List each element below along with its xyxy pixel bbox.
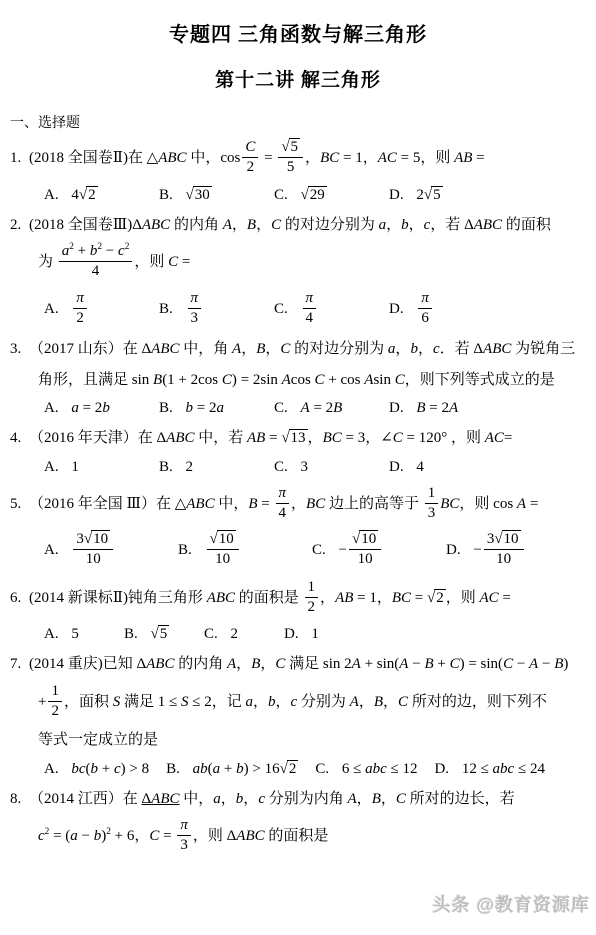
- math-var: B: [256, 341, 265, 357]
- text-run: 1: [51, 683, 59, 699]
- math-var: AB: [335, 590, 353, 606]
- radicand: 13: [289, 429, 308, 446]
- text-run: sin: [373, 372, 394, 388]
- text-run: (2014 新课标Ⅱ)钝角三角形: [29, 590, 207, 606]
- text-run: ，: [253, 694, 268, 710]
- option-label: B.: [166, 761, 184, 777]
- math-var: B: [248, 496, 257, 512]
- text-run: ，: [291, 496, 306, 512]
- text-run: 5: [291, 139, 299, 155]
- option-label: A.: [44, 761, 62, 777]
- numerator: 3√10: [484, 531, 524, 550]
- math-var: abc: [493, 761, 515, 777]
- text-run: cos: [291, 372, 315, 388]
- numerator: π: [276, 485, 290, 504]
- math-var: ABC: [474, 217, 502, 233]
- math-var: B: [153, 372, 162, 388]
- math-var: ABC: [236, 828, 264, 844]
- math-var: C: [245, 139, 255, 155]
- math-var: ABC: [142, 217, 170, 233]
- question-line: 3. （2017 山东）在 ΔABC 中，角 A，B，C 的对边分别为 a，b，…: [8, 338, 588, 361]
- text-run: 中，: [215, 496, 249, 512]
- text-run: 所对的边长，若: [406, 791, 515, 807]
- option: C. 2: [204, 626, 284, 643]
- text-run: 2: [436, 590, 444, 606]
- option-label: B.: [159, 459, 177, 475]
- question-line: 7. (2014 重庆)已知 ΔABC 的内角 A，B，C 满足 sin 2A …: [8, 653, 588, 676]
- sqrt: √30: [186, 186, 212, 203]
- text-run: ，: [243, 791, 258, 807]
- text-run: ) > 8: [121, 761, 149, 777]
- text-run: ，: [241, 341, 256, 357]
- denominator: 3: [177, 836, 191, 854]
- text-run: =: [260, 150, 276, 166]
- math-var: c: [433, 341, 440, 357]
- fraction: √55: [278, 139, 303, 177]
- math-var: C: [271, 217, 281, 233]
- numerator: √5: [278, 139, 303, 158]
- math-var: b: [91, 761, 99, 777]
- question: 4. （2016 年天津）在 ΔABC 中，若 AB = √13，BC = 3，…: [8, 427, 588, 476]
- text-run: 中，角: [180, 341, 233, 357]
- radicand: 10: [359, 530, 378, 547]
- option: B. 2: [159, 459, 274, 476]
- question-number: 8.: [10, 791, 25, 807]
- math-var: AB: [247, 430, 265, 446]
- text-run: ，: [256, 217, 271, 233]
- text-run: 的面积: [502, 217, 551, 233]
- option-label: A.: [44, 626, 62, 642]
- math-var: C: [503, 656, 513, 672]
- text-run: 的内角: [174, 656, 227, 672]
- math-var: a: [70, 828, 78, 844]
- sqrt: √13: [281, 429, 307, 446]
- text-run: 3: [428, 505, 436, 521]
- radical-sign: √: [84, 531, 91, 547]
- text-run: =: [526, 496, 538, 512]
- denominator: 4: [276, 504, 290, 522]
- radicand: 30: [193, 186, 212, 203]
- text-run: = 1，: [353, 590, 391, 606]
- fraction: 13: [425, 485, 439, 523]
- sqrt: √10: [210, 530, 236, 547]
- math-var: A: [227, 656, 236, 672]
- text-run: 为: [38, 254, 57, 270]
- text-run: 6: [421, 310, 429, 326]
- option: A. π2: [44, 291, 159, 329]
- question: 5. （2016 年全国 Ⅲ）在 △ABC 中，B = π4，BC 边上的高等于…: [8, 486, 588, 570]
- text-run: = 2: [193, 400, 216, 416]
- sqrt: √5: [281, 138, 300, 155]
- text-run: 10: [215, 551, 230, 567]
- text-run: （2014 江西）在: [29, 791, 142, 807]
- text-run: +: [98, 761, 114, 777]
- math-var: A: [301, 400, 310, 416]
- option-label: C.: [274, 301, 292, 317]
- text-run: = 5，则: [397, 150, 454, 166]
- text-run: 为锐角三: [511, 341, 575, 357]
- text-run: 2: [51, 703, 59, 719]
- denominator: 10: [349, 550, 381, 568]
- option: D. −3√1010: [446, 532, 580, 570]
- math-var: b: [236, 761, 244, 777]
- text-run: ，: [386, 217, 401, 233]
- text-run: ) > 16: [244, 761, 280, 777]
- option-label: A.: [44, 301, 62, 317]
- sqrt: √2: [280, 760, 299, 777]
- text-run: 2: [76, 310, 84, 326]
- options-row: A. 5B. √5C. 2D. 1: [8, 626, 588, 643]
- math-var: C: [395, 372, 405, 388]
- text-run: 10: [86, 551, 101, 567]
- text-run: =: [411, 590, 427, 606]
- option-label: C.: [274, 187, 292, 203]
- text-run: Δ: [142, 791, 152, 807]
- math-var: B: [416, 400, 425, 416]
- denominator: 10: [484, 550, 524, 568]
- text-run: ，: [381, 791, 396, 807]
- text-run: ，面积: [64, 694, 113, 710]
- math-var: ABC: [146, 656, 174, 672]
- option: D. 4: [389, 459, 504, 476]
- radical-sign: √: [301, 187, 308, 203]
- math-var: BC: [320, 150, 339, 166]
- text-run: 角形，且满足 sin: [38, 372, 153, 388]
- text-run: 1: [71, 459, 79, 475]
- option-label: A.: [44, 459, 62, 475]
- math-var: C: [149, 828, 159, 844]
- text-run: −: [513, 656, 529, 672]
- option-label: D.: [434, 761, 452, 777]
- denominator: 5: [278, 158, 303, 176]
- denominator: 3: [188, 309, 202, 327]
- numerator: π: [418, 290, 432, 309]
- math-var: C: [396, 791, 406, 807]
- math-var: π: [306, 290, 314, 306]
- option: C. −√1010: [312, 532, 446, 570]
- question-line: 等式一定成立的是: [8, 729, 588, 752]
- text-run: ．若 Δ: [440, 341, 483, 357]
- text-run: =: [472, 150, 484, 166]
- text-run: 2: [231, 626, 239, 642]
- math-var: a: [213, 791, 221, 807]
- math-var: π: [421, 290, 429, 306]
- math-var: c: [258, 791, 265, 807]
- text-run: 的面积是: [265, 828, 329, 844]
- radicand: 10: [502, 530, 521, 547]
- radical-sign: √: [151, 626, 158, 642]
- superscript: 2: [125, 242, 130, 252]
- math-var: π: [279, 485, 287, 501]
- text-run: ，: [409, 217, 424, 233]
- option: A. bc(b + c) > 8: [44, 761, 149, 778]
- option-label: B.: [178, 542, 196, 558]
- numerator: π: [73, 290, 87, 309]
- text-run: ) = 2sin: [232, 372, 282, 388]
- math-var: a: [379, 217, 387, 233]
- text-run: −: [102, 243, 118, 259]
- text-run: ，则下列等式成立的是: [405, 372, 555, 388]
- question-line: 1. (2018 全国卷Ⅱ)在 △ABC 中，cosC2 = √55，BC = …: [8, 140, 588, 178]
- text-run: （2016 年全国 Ⅲ）在 △: [29, 496, 186, 512]
- denominator: 2: [48, 702, 62, 720]
- radical-sign: √: [281, 430, 288, 446]
- text-run: ，则 cos: [459, 496, 517, 512]
- doc-title: 专题四 三角函数与解三角形: [8, 18, 588, 47]
- text-run: =: [178, 254, 190, 270]
- text-run: 10: [93, 531, 108, 547]
- text-run: ，: [357, 791, 372, 807]
- text-run: 13: [291, 430, 306, 446]
- text-run: 4: [92, 263, 100, 279]
- question-line: 为 a2 + b2 − c24，则 C =: [8, 244, 588, 282]
- question-line: 2. (2018 全国卷Ⅲ)ΔABC 的内角 A，B，C 的对边分别为 a，b，…: [8, 214, 588, 237]
- question-line: c2 = (a − b)2 + 6，C = π3，则 ΔABC 的面积是: [8, 818, 588, 856]
- math-var: π: [76, 290, 84, 306]
- options-row: A. 4√2B. √30C. √29D. 2√5: [8, 187, 588, 204]
- option-label: D.: [389, 400, 407, 416]
- math-var: b: [186, 400, 194, 416]
- text-run: ，: [395, 341, 410, 357]
- radicand: 10: [91, 530, 110, 547]
- question-number: 5.: [10, 496, 25, 512]
- text-run: 5: [287, 159, 295, 175]
- text-run: 中，: [180, 791, 214, 807]
- text-run: 的对边分别为: [281, 217, 379, 233]
- options-row: A. bc(b + c) > 8B. ab(a + b) > 16√2C. 6 …: [8, 761, 588, 778]
- text-run: ，: [308, 430, 323, 446]
- math-var: B: [333, 400, 342, 416]
- math-var: ABC: [207, 590, 235, 606]
- doc-subtitle: 第十二讲 解三角形: [8, 65, 588, 92]
- option-label: A.: [44, 542, 62, 558]
- text-run: −: [339, 542, 347, 558]
- text-run: ) = sin(: [460, 656, 503, 672]
- sqrt: √10: [352, 530, 378, 547]
- text-run: ，则: [134, 254, 168, 270]
- text-run: ，则 Δ: [193, 828, 236, 844]
- fraction: π4: [276, 485, 290, 523]
- fraction: √1010: [207, 531, 239, 569]
- math-var: B: [424, 656, 433, 672]
- math-var: A: [529, 656, 538, 672]
- math-var: B: [554, 656, 563, 672]
- math-var: C: [398, 694, 408, 710]
- text-run: 5: [71, 626, 79, 642]
- options-row: A. a = 2bB. b = 2aC. A = 2BD. B = 2A: [8, 400, 588, 417]
- question-line: 4. （2016 年天津）在 ΔABC 中，若 AB = √13，BC = 3，…: [8, 427, 588, 450]
- text-run: = 2: [79, 400, 102, 416]
- radical-sign: √: [210, 531, 217, 547]
- math-var: ab: [193, 761, 208, 777]
- options-row: A. 1B. 2C. 3D. 4: [8, 459, 588, 476]
- option: C. 3: [274, 459, 389, 476]
- fraction: 3√1010: [484, 531, 524, 569]
- math-var: AC: [485, 430, 504, 446]
- option: B. ab(a + b) > 16√2: [166, 761, 298, 778]
- math-var: B: [247, 217, 256, 233]
- text-run: 1: [311, 626, 319, 642]
- math-var: abc: [365, 761, 387, 777]
- math-var: AC: [480, 590, 499, 606]
- numerator: 1: [48, 683, 62, 702]
- option: B. b = 2a: [159, 400, 274, 417]
- math-var: BC: [440, 496, 459, 512]
- text-run: ，: [221, 791, 236, 807]
- numerator: 1: [425, 485, 439, 504]
- text-run: 5: [433, 187, 441, 203]
- text-run: 6 ≤: [342, 761, 365, 777]
- fraction: 12: [48, 683, 62, 721]
- text-run: ，: [265, 341, 280, 357]
- math-var: ABC: [151, 791, 179, 807]
- text-run: 4: [279, 505, 287, 521]
- text-run: −: [78, 828, 94, 844]
- option-label: B.: [159, 400, 177, 416]
- math-var: C: [280, 341, 290, 357]
- text-run: 的面积是: [235, 590, 303, 606]
- denominator: 2: [73, 309, 87, 327]
- math-var: c: [114, 761, 121, 777]
- text-run: = 1，: [339, 150, 377, 166]
- math-var: π: [191, 290, 199, 306]
- math-var: ABC: [186, 496, 214, 512]
- radical-sign: √: [281, 139, 288, 155]
- text-run: 3: [76, 531, 84, 547]
- text-run: 10: [219, 531, 234, 547]
- text-run: 10: [504, 531, 519, 547]
- sqrt: √10: [84, 530, 110, 547]
- question-line: 6. (2014 新课标Ⅱ)钝角三角形 ABC 的面积是 12，AB = 1，B…: [8, 580, 588, 618]
- text-run: = (: [49, 828, 70, 844]
- math-var: b: [102, 400, 110, 416]
- option-label: C.: [274, 400, 292, 416]
- question-number: 3.: [10, 341, 25, 357]
- text-run: + cos: [325, 372, 365, 388]
- text-run: =: [159, 828, 175, 844]
- text-run: 分别为内角: [265, 791, 348, 807]
- underlined-math: ΔABC: [142, 791, 180, 807]
- radical-sign: √: [424, 187, 431, 203]
- math-var: C: [222, 372, 232, 388]
- math-var: B: [374, 694, 383, 710]
- math-var: AB: [454, 150, 472, 166]
- option-label: D.: [446, 542, 464, 558]
- radicand: 10: [217, 530, 236, 547]
- text-run: ，: [275, 694, 290, 710]
- text-run: 4: [306, 310, 314, 326]
- text-run: 2: [289, 761, 297, 777]
- math-var: C: [450, 656, 460, 672]
- text-run: ≤ 24: [514, 761, 545, 777]
- denominator: 4: [59, 262, 133, 280]
- numerator: π: [188, 290, 202, 309]
- numerator: C: [242, 139, 258, 158]
- text-run: 2: [416, 187, 424, 203]
- numerator: π: [177, 817, 191, 836]
- option-label: B.: [159, 187, 177, 203]
- radical-sign: √: [79, 187, 86, 203]
- question-line: 5. （2016 年全国 Ⅲ）在 △ABC 中，B = π4，BC 边上的高等于…: [8, 486, 588, 524]
- text-run: 30: [195, 187, 210, 203]
- option: B. √30: [159, 187, 274, 204]
- text-run: =: [499, 590, 511, 606]
- option-label: D.: [284, 626, 302, 642]
- denominator: 10: [73, 550, 113, 568]
- text-run: +: [220, 761, 236, 777]
- text-run: 29: [310, 187, 325, 203]
- text-run: + 6，: [111, 828, 149, 844]
- text-run: 边上的高等于: [325, 496, 423, 512]
- numerator: π: [303, 290, 317, 309]
- text-run: (1 + 2cos: [162, 372, 222, 388]
- option: A. a = 2b: [44, 400, 159, 417]
- math-var: b: [410, 341, 418, 357]
- text-run: 中，若: [195, 430, 248, 446]
- radicand: 2: [434, 589, 446, 606]
- math-var: B: [372, 791, 381, 807]
- text-run: ): [563, 656, 568, 672]
- text-run: 2: [88, 187, 96, 203]
- text-run: 中，cos: [187, 150, 241, 166]
- sqrt: √2: [427, 589, 446, 606]
- math-var: A: [282, 372, 291, 388]
- option-label: D.: [389, 301, 407, 317]
- options-row: A. π2B. π3C. π4D. π6: [8, 291, 588, 329]
- text-run: ，: [232, 217, 247, 233]
- math-var: b: [401, 217, 409, 233]
- option-label: C.: [315, 761, 333, 777]
- math-var: A: [449, 400, 458, 416]
- text-run: −: [408, 656, 424, 672]
- text-run: 4: [416, 459, 424, 475]
- text-run: = 2: [426, 400, 449, 416]
- text-run: （2017 山东）在 Δ: [29, 341, 151, 357]
- numerator: 3√10: [73, 531, 113, 550]
- math-var: c: [118, 243, 125, 259]
- denominator: 3: [425, 504, 439, 522]
- option: D. B = 2A: [389, 400, 504, 417]
- text-run: ，: [418, 341, 433, 357]
- text-run: 10: [496, 551, 511, 567]
- text-run: ，: [320, 590, 335, 606]
- question: 1. (2018 全国卷Ⅱ)在 △ABC 中，cosC2 = √55，BC = …: [8, 140, 588, 204]
- fraction: π3: [188, 290, 202, 328]
- text-run: 等式一定成立的是: [38, 732, 158, 748]
- fraction: π3: [177, 817, 191, 855]
- math-var: AC: [378, 150, 397, 166]
- numerator: √10: [349, 531, 381, 550]
- text-run: +: [38, 694, 46, 710]
- text-run: ，: [383, 694, 398, 710]
- text-run: (2018 全国卷Ⅱ)在 △: [29, 150, 158, 166]
- radicand: 5: [158, 625, 170, 642]
- math-var: ABC: [151, 341, 179, 357]
- option: C. √29: [274, 187, 389, 204]
- text-run: (2014 重庆)已知 Δ: [29, 656, 146, 672]
- option-label: B.: [159, 301, 177, 317]
- sqrt: √5: [151, 625, 170, 642]
- math-var: ABC: [166, 430, 194, 446]
- text-run: =: [258, 496, 274, 512]
- option-label: C.: [312, 542, 330, 558]
- question-number: 4.: [10, 430, 25, 446]
- text-run: 2: [186, 459, 194, 475]
- text-run: = 2: [310, 400, 333, 416]
- option: C. 6 ≤ abc ≤ 12: [315, 761, 417, 778]
- math-var: π: [180, 817, 188, 833]
- fraction: π4: [303, 290, 317, 328]
